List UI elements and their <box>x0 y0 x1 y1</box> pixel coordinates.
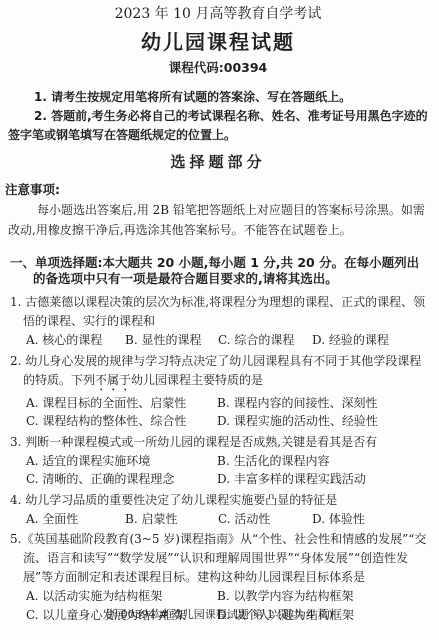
question-3-options: A. 适宜的课程实施环境 B. 生活化的课程内容 C. 清晰的、正确的课程理念 … <box>26 452 431 489</box>
option-b: B. 生活化的课程内容 <box>217 452 431 471</box>
question-1-text: 1. 古德莱德以课程决策的层次为标准,将课程分为理想的课程、正式的课程、领悟的课… <box>5 293 431 331</box>
option-a: A. 适宜的课程实施环境 <box>26 452 217 471</box>
question-number: 2. <box>10 354 21 368</box>
question-stem: 《英国基础阶段教育(3~5 岁)课程指南》从“个性、社会性和情感的发展”“交流、… <box>21 532 426 584</box>
emphasized-text: 不属于 <box>95 373 131 387</box>
option-d: D. 课程实施的活动性、经验性 <box>217 412 431 431</box>
option-b: B. 显性的课程 <box>125 331 218 350</box>
instruction-item-2: 2. 答题前,考生务必将自己的考试课程名称、姓名、准考证号用黑色字迹的签字笔或钢… <box>5 107 431 145</box>
instruction-item-1: 1. 请考生按规定用笔将所有试题的答案涂、写在答题纸上。 <box>5 88 431 107</box>
option-d: D. 体验性 <box>312 510 431 529</box>
question-5-text: 5.《英国基础阶段教育(3~5 岁)课程指南》从“个性、社会性和情感的发展”“交… <box>5 530 431 587</box>
section-title-multiple-choice: 选择题部分 <box>5 152 431 173</box>
option-c: C. 课程结构的整体性、综合性 <box>26 412 217 431</box>
question-stem: 古德莱德以课程决策的层次为标准,将课程分为理想的课程、正式的课程、领悟的课程、实… <box>23 295 425 328</box>
question-4: 4. 幼儿学习品质的重要性决定了幼儿课程实施要凸显的特征是 A. 全面性 B. … <box>5 491 431 529</box>
notice-heading: 注意事项: <box>5 180 431 199</box>
question-1: 1. 古德莱德以课程决策的层次为标准,将课程分为理想的课程、正式的课程、领悟的课… <box>5 293 431 350</box>
option-c: C. 综合的课程 <box>218 331 312 350</box>
question-number: 1. <box>10 295 21 309</box>
page-title: 幼儿园课程试题 <box>5 30 431 54</box>
option-c: C. 清晰的、正确的课程理念 <box>26 470 217 489</box>
question-4-text: 4. 幼儿学习品质的重要性决定了幼儿课程实施要凸显的特征是 <box>5 491 431 510</box>
course-code: 课程代码:00394 <box>5 59 431 76</box>
question-4-options: A. 全面性 B. 启蒙性 C. 活动性 D. 体验性 <box>26 510 431 529</box>
option-a: A. 全面性 <box>26 510 125 529</box>
option-d: D. 丰富多样的课程实践活动 <box>217 470 431 489</box>
option-c: C. 活动性 <box>218 510 312 529</box>
exam-paper-page: 2023 年 10 月高等教育自学考试 幼儿园课程试题 课程代码:00394 1… <box>0 0 439 640</box>
question-3-text: 3. 判断一种课程模式或一所幼儿园的课程是否成熟,关键是看其是否有 <box>5 433 431 452</box>
part-one-heading: 一、单项选择题:本大题共 20 小题,每小题 1 分,共 20 分。在每小题列出… <box>5 255 431 286</box>
question-number: 4. <box>10 493 21 507</box>
option-b: B. 启蒙性 <box>125 510 218 529</box>
exam-session-title: 2023 年 10 月高等教育自学考试 <box>5 4 431 24</box>
option-a: A. 以活动实施为结构框架 <box>26 587 217 606</box>
question-2-options: A. 课程目标的全面性、启蒙性 B. 课程内容的间接性、深刻性 C. 课程结构的… <box>26 394 431 431</box>
question-1-options: A. 核心的课程 B. 显性的课程 C. 综合的课程 D. 经验的课程 <box>26 331 431 350</box>
question-number: 3. <box>10 435 21 449</box>
notice-body: 每小题选出答案后,用 2B 铅笔把答题纸上对应题目的答案标号涂黑。如需改动,用橡… <box>5 201 431 240</box>
page-footer: 浙 00394 # 幼儿园课程试题 第 1 页(共 4 页) <box>0 608 439 622</box>
question-stem: 幼儿学习品质的重要性决定了幼儿课程实施要凸显的特征是 <box>25 493 337 507</box>
question-stem: 判断一种课程模式或一所幼儿园的课程是否成熟,关键是看其是否有 <box>25 435 377 449</box>
question-number: 5. <box>10 532 21 546</box>
option-d: D. 经验的课程 <box>312 331 431 350</box>
option-a: A. 课程目标的全面性、启蒙性 <box>26 394 217 413</box>
option-a: A. 核心的课程 <box>26 331 125 350</box>
option-b: B. 课程内容的间接性、深刻性 <box>217 394 431 413</box>
question-3: 3. 判断一种课程模式或一所幼儿园的课程是否成熟,关键是看其是否有 A. 适宜的… <box>5 433 431 489</box>
option-b: B. 以教学内容为结构框架 <box>217 587 431 606</box>
question-2-text: 2. 幼儿身心发展的规律与学习特点决定了幼儿园课程具有不同于其他学段课程的特质。… <box>5 352 431 394</box>
question-2: 2. 幼儿身心发展的规律与学习特点决定了幼儿园课程具有不同于其他学段课程的特质。… <box>5 352 431 431</box>
question-stem-rest: 幼儿园课程主要特质的是 <box>131 373 263 387</box>
